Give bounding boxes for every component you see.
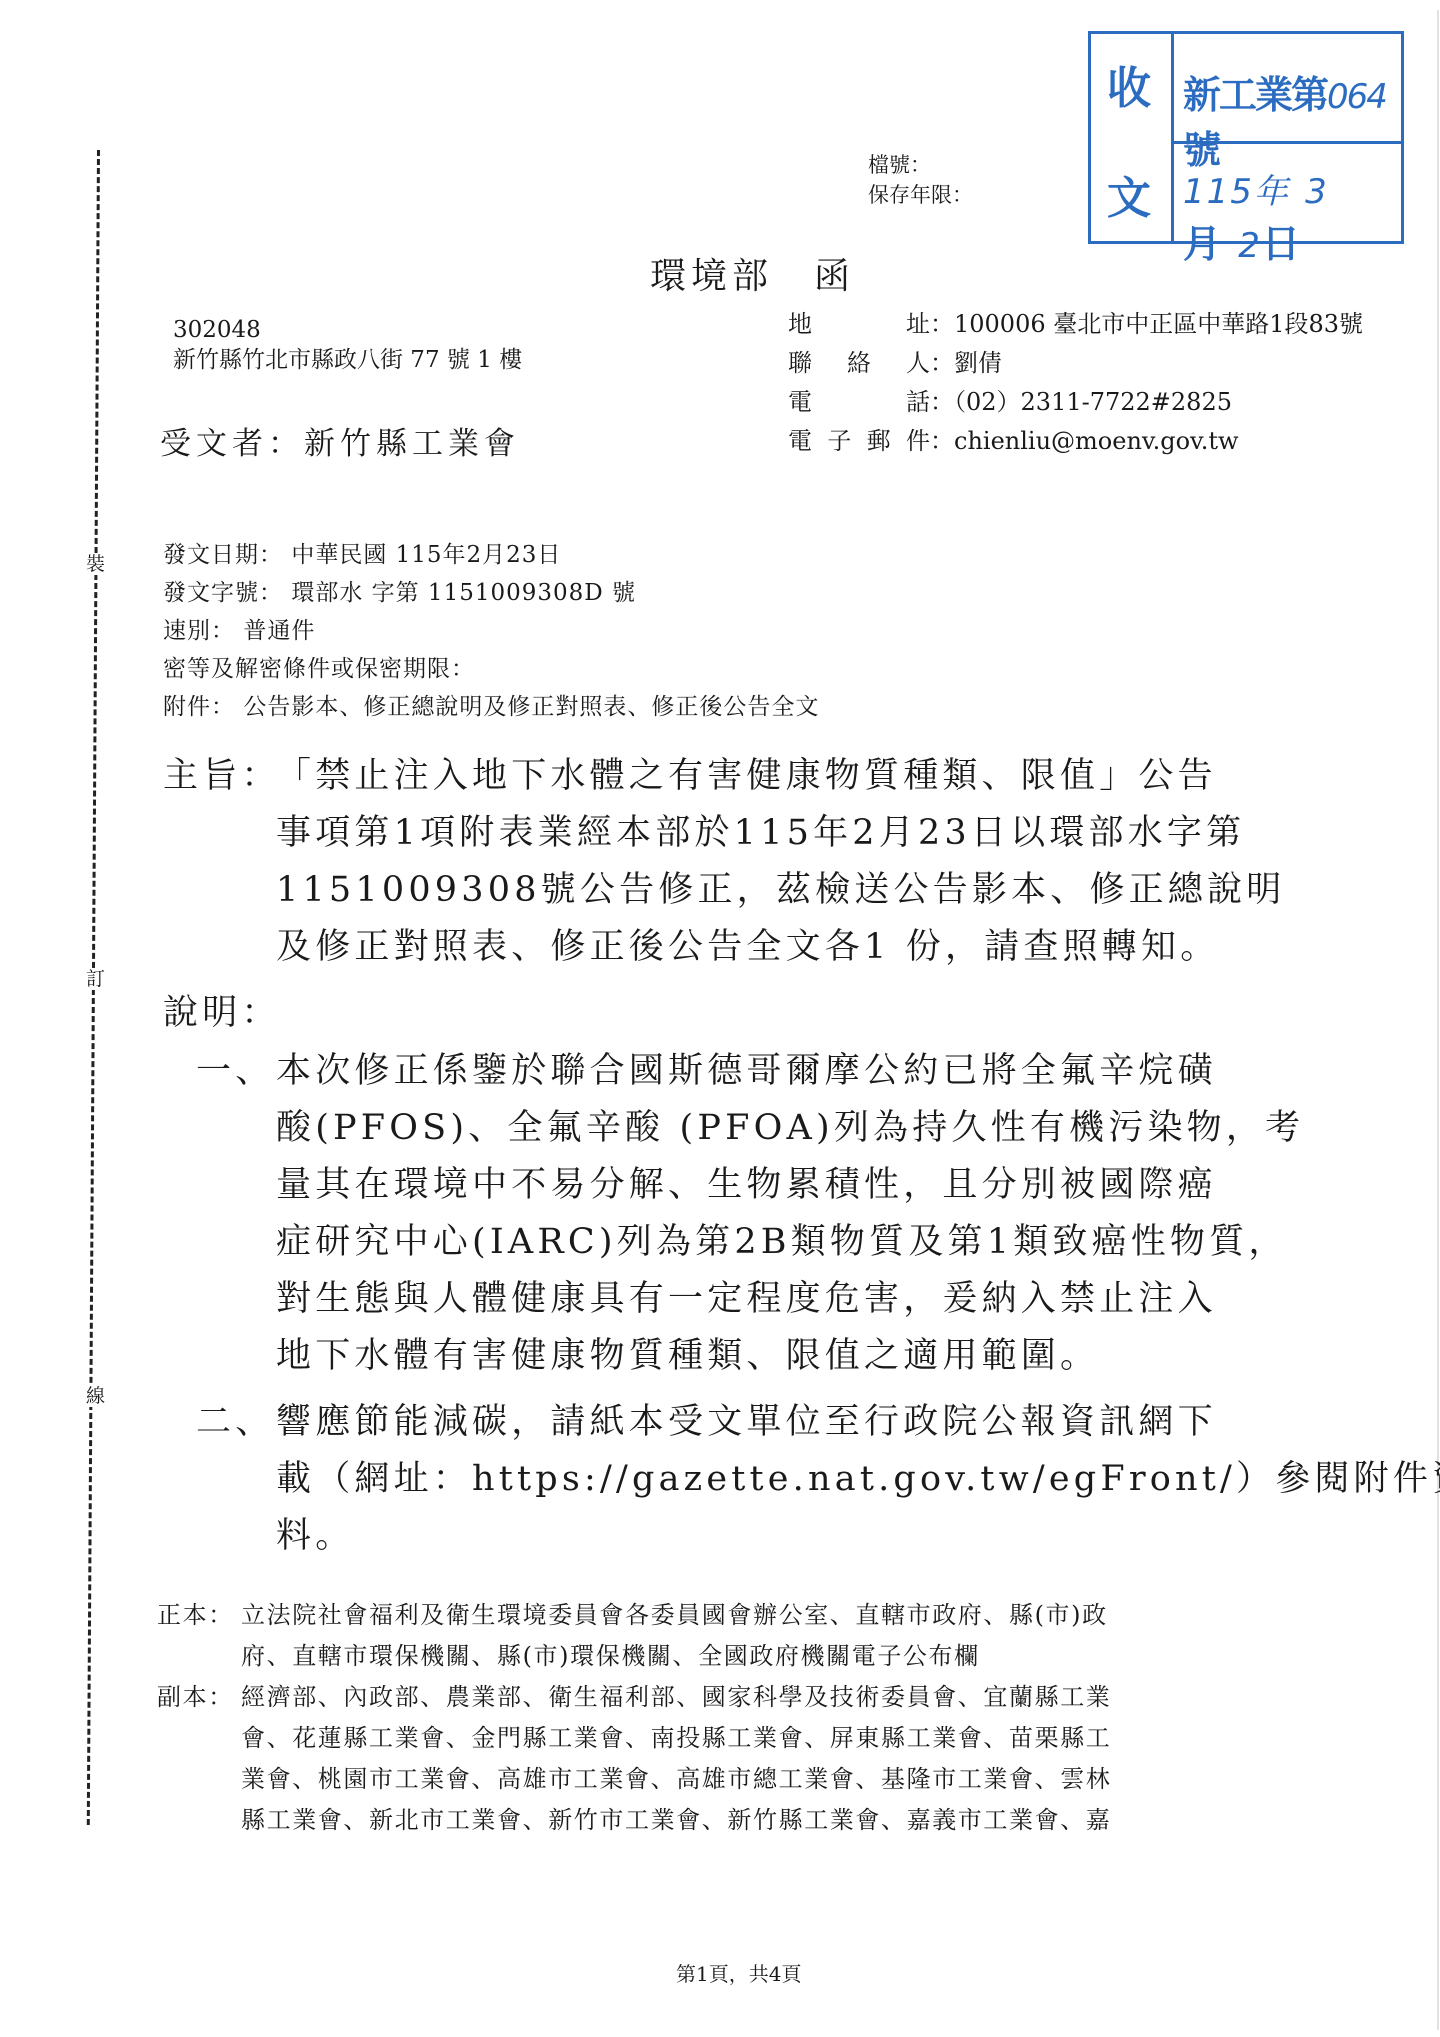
- meta-classification: 密等及解密條件或保密期限：: [163, 654, 819, 692]
- explanation-line: 地下水體有害健康物質種類、限值之適用範圍。: [276, 1328, 1304, 1385]
- meta-urgency-value: 普通件: [243, 618, 315, 644]
- recipient-address: 新竹縣竹北市縣政八街 77 號 1 樓: [173, 345, 522, 375]
- sender-email-label: 電子郵件: [788, 422, 930, 461]
- explanation-line: 本次修正係鑒於聯合國斯德哥爾摩公約已將全氟辛烷磺: [276, 1043, 1304, 1100]
- meta-attachments-value: 公告影本、修正總說明及修正對照表、修正後公告全文: [243, 694, 819, 720]
- gazette-url-line[interactable]: 載（網址：https://gazette.nat.gov.tw/egFront/…: [276, 1459, 1440, 1499]
- carbon-copy-line: 縣工業會、新北市工業會、新竹市工業會、新竹縣工業會、嘉義市工業會、嘉: [241, 1800, 1111, 1841]
- meta-urgency: 速別： 普通件: [163, 616, 819, 654]
- stamp-number-value: 064: [1327, 77, 1386, 117]
- carbon-copy-line: 會、花蓮縣工業會、金門縣工業會、南投縣工業會、屏東縣工業會、苗栗縣工: [241, 1718, 1111, 1759]
- sender-email-row: 電子郵件：chienliu@moenv.gov.tw: [788, 422, 1363, 461]
- original-copy-line: 立法院社會福利及衛生環境委員會各委員國會辦公室、直轄市政府、縣(市)政: [241, 1595, 1108, 1636]
- receipt-stamp: 收 文 新工業第064號 115年 3月 2日: [1088, 31, 1404, 244]
- explanation-line: 量其在環境中不易分解、生物累積性，且分別被國際癌: [276, 1157, 1304, 1214]
- explanation-label: 說明：: [163, 985, 281, 1042]
- stamp-date-day-unit: 日: [1262, 222, 1302, 266]
- subject-body: 「禁止注入地下水體之有害健康物質種類、限值」公告 事項第1項附表業經本部於115…: [276, 748, 1285, 976]
- meta-urgency-label: 速別：: [163, 618, 235, 644]
- recipient-label: 受文者：: [160, 426, 304, 462]
- meta-issue-date-label: 發文日期：: [163, 542, 283, 568]
- page-edge: [1437, 10, 1439, 2030]
- meta-issue-date-value: 中華民國 115年2月23日: [291, 542, 561, 568]
- stamp-date-month-unit: 月: [1183, 222, 1223, 266]
- sender-info: 地 址：100006 臺北市中正區中華路1段83號 聯 絡 人：劉倩 電 話：（…: [788, 305, 1363, 461]
- explanation-line: 對生態與人體健康具有一定程度危害，爰納入禁止注入: [276, 1271, 1304, 1328]
- stamp-date: 115年 3月 2日: [1183, 164, 1401, 268]
- explanation-item-1: 本次修正係鑒於聯合國斯德哥爾摩公約已將全氟辛烷磺 酸(PFOS)、全氟辛酸 (P…: [276, 1043, 1304, 1385]
- sender-contact-label: 聯 絡 人: [788, 344, 930, 383]
- file-number-label: 檔號：: [868, 150, 931, 180]
- recipient-name: 新竹縣工業會: [304, 426, 520, 462]
- carbon-copy-label: 副本：: [157, 1677, 234, 1718]
- explanation-line: 酸(PFOS)、全氟辛酸 (PFOA)列為持久性有機污染物，考: [276, 1100, 1304, 1157]
- sender-contact-value: ：劉倩: [930, 349, 1002, 377]
- explanation-item-1-marker: 一、: [196, 1043, 274, 1100]
- explanation-line: 響應節能減碳，請紙本受文單位至行政院公報資訊網下: [276, 1394, 1440, 1451]
- explanation-line: 料。: [276, 1508, 1440, 1565]
- subject-label: 主旨：: [163, 748, 281, 805]
- carbon-copy-line: 經濟部、內政部、農業部、衛生福利部、國家科學及技術委員會、宜蘭縣工業: [241, 1677, 1111, 1718]
- retention-period-label: 保存年限：: [868, 180, 973, 210]
- binding-char-zhuang: 裝: [86, 553, 105, 575]
- meta-attachments-label: 附件：: [163, 694, 235, 720]
- stamp-date-year: 115: [1183, 172, 1254, 212]
- original-copy-line: 府、直轄市環保機關、縣(市)環保機關、全國政府機關電子公布欄: [241, 1636, 1108, 1677]
- sender-address-label: 地 址: [788, 305, 930, 344]
- sender-phone-value: ：（02）2311-7722#2825: [930, 388, 1232, 416]
- stamp-label-document: 文: [1107, 162, 1151, 226]
- stamp-date-month: 3: [1305, 172, 1329, 212]
- document-title: 環境部 函: [650, 248, 855, 299]
- original-copy-list: 立法院社會福利及衛生環境委員會各委員國會辦公室、直轄市政府、縣(市)政 府、直轄…: [241, 1595, 1108, 1677]
- sender-phone-row: 電 話：（02）2311-7722#2825: [788, 383, 1363, 422]
- binding-char-ding: 訂: [86, 968, 105, 990]
- meta-issue-date: 發文日期： 中華民國 115年2月23日: [163, 540, 819, 578]
- page-number: 第1頁，共4頁: [676, 1958, 801, 1987]
- subject-line: 1151009308號公告修正，茲檢送公告影本、修正總說明: [276, 862, 1285, 919]
- subject-line: 「禁止注入地下水體之有害健康物質種類、限值」公告: [276, 748, 1285, 805]
- sender-contact-row: 聯 絡 人：劉倩: [788, 344, 1363, 383]
- carbon-copy-line: 業會、桃園市工業會、高雄市工業會、高雄市總工業會、基隆市工業會、雲林: [241, 1759, 1111, 1800]
- sender-phone-label: 電 話: [788, 383, 930, 422]
- original-copy-label: 正本：: [157, 1595, 234, 1636]
- binding-char-xian: 線: [86, 1385, 105, 1407]
- explanation-item-2-marker: 二、: [196, 1394, 274, 1451]
- sender-address-value: ：100006 臺北市中正區中華路1段83號: [930, 310, 1363, 338]
- meta-attachments: 附件： 公告影本、修正總說明及修正對照表、修正後公告全文: [163, 692, 819, 730]
- postal-code: 302048: [173, 315, 261, 345]
- meta-classification-label: 密等及解密條件或保密期限：: [163, 656, 475, 682]
- explanation-item-2: 響應節能減碳，請紙本受文單位至行政院公報資訊網下 載（網址：https://ga…: [276, 1394, 1440, 1565]
- meta-document-number-label: 發文字號：: [163, 580, 283, 606]
- stamp-date-year-unit: 年: [1254, 172, 1290, 212]
- meta-document-number-value: 環部水 字第 1151009308D 號: [291, 580, 636, 606]
- explanation-line: 症研究中心(IARC)列為第2B類物質及第1類致癌性物質，: [276, 1214, 1304, 1271]
- subject-line: 事項第1項附表業經本部於115年2月23日以環部水字第: [276, 805, 1285, 862]
- meta-document-number: 發文字號： 環部水 字第 1151009308D 號: [163, 578, 819, 616]
- stamp-number-prefix: 新工業第: [1183, 73, 1327, 117]
- sender-email-value: ：chienliu@moenv.gov.tw: [930, 427, 1239, 455]
- subject-line: 及修正對照表、修正後公告全文各1 份，請查照轉知。: [276, 919, 1285, 976]
- stamp-date-day: 2: [1238, 226, 1262, 266]
- carbon-copy-list: 經濟部、內政部、農業部、衛生福利部、國家科學及技術委員會、宜蘭縣工業 會、花蓮縣…: [241, 1677, 1111, 1841]
- recipient: 受文者：新竹縣工業會: [160, 418, 520, 463]
- stamp-number: 新工業第064號: [1183, 64, 1401, 174]
- stamp-vertical-divider: [1171, 34, 1174, 241]
- stamp-label-receive: 收: [1107, 52, 1151, 116]
- sender-address-row: 地 址：100006 臺北市中正區中華路1段83號: [788, 305, 1363, 344]
- explanation-line: 載（網址：https://gazette.nat.gov.tw/egFront/…: [276, 1451, 1440, 1508]
- document-meta: 發文日期： 中華民國 115年2月23日 發文字號： 環部水 字第 115100…: [163, 540, 819, 730]
